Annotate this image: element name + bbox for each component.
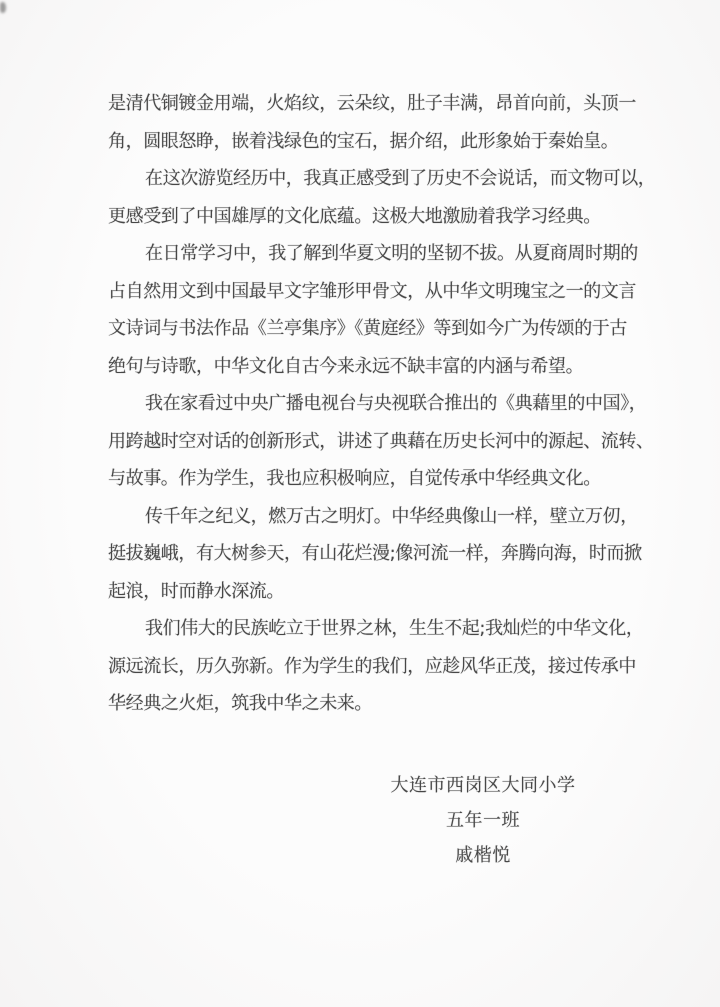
essay-line: 绝句与诗歌，中华文化自古今来永远不缺丰富的内涵与希望。 xyxy=(108,348,644,386)
essay-line: 与故事。作为学生，我也应积极响应，自觉传承中华经典文化。 xyxy=(108,460,644,498)
essay-line: 角，圆眼怒睁，嵌着浅绿色的宝石，据介绍，此形象始于秦始皇。 xyxy=(108,123,644,161)
scan-artifact-speck xyxy=(0,2,6,13)
essay-line: 在日常学习中，我了解到华夏文明的坚韧不拔。从夏商周时期的 xyxy=(108,235,644,273)
essay-line: 华经典之火炬，筑我中华之未来。 xyxy=(108,685,644,723)
essay-line: 挺拔巍峨，有大树参天，有山花烂漫;像河流一样，奔腾向海，时而掀 xyxy=(108,535,644,573)
signature-school: 大连市西岗区大同小学 xyxy=(333,768,633,803)
essay-line: 占自然用文到中国最早文字雏形甲骨文，从中华文明瑰宝之一的文言 xyxy=(108,273,644,311)
essay-line: 更感受到了中国雄厚的文化底蕴。这极大地激励着我学习经典。 xyxy=(108,198,644,236)
essay-line: 在这次游览经历中，我真正感受到了历史不会说话，而文物可以， xyxy=(108,160,644,198)
essay-line: 传千年之纪义，燃万古之明灯。中华经典像山一样，壁立万仞， xyxy=(108,498,644,536)
signature-class: 五年一班 xyxy=(333,803,633,838)
signature-block: 大连市西岗区大同小学五年一班戚楷悦 xyxy=(333,768,633,873)
essay-line: 文诗词与书法作品《兰亭集序》《黄庭经》等到如今广为传颂的于古 xyxy=(108,310,644,348)
essay-line: 用跨越时空对话的创新形式，讲述了典藉在历史长河中的源起、流转、 xyxy=(108,423,644,461)
scanned-essay-page: 是清代铜镀金用端，火焰纹，云朵纹，肚子丰满，昂首向前，头顶一角，圆眼怒睁，嵌着浅… xyxy=(0,0,720,1007)
essay-body: 是清代铜镀金用端，火焰纹，云朵纹，肚子丰满，昂首向前，头顶一角，圆眼怒睁，嵌着浅… xyxy=(108,85,644,723)
signature-student-name: 戚楷悦 xyxy=(333,838,633,873)
essay-line: 我在家看过中央广播电视台与央视联合推出的《典藉里的中国》， xyxy=(108,385,644,423)
essay-line: 是清代铜镀金用端，火焰纹，云朵纹，肚子丰满，昂首向前，头顶一 xyxy=(108,85,644,123)
essay-line: 源远流长，历久弥新。作为学生的我们，应趁风华正茂，接过传承中 xyxy=(108,648,644,686)
essay-line: 起浪，时而静水深流。 xyxy=(108,573,644,611)
essay-line: 我们伟大的民族屹立于世界之林，生生不起;我灿烂的中华文化， xyxy=(108,610,644,648)
